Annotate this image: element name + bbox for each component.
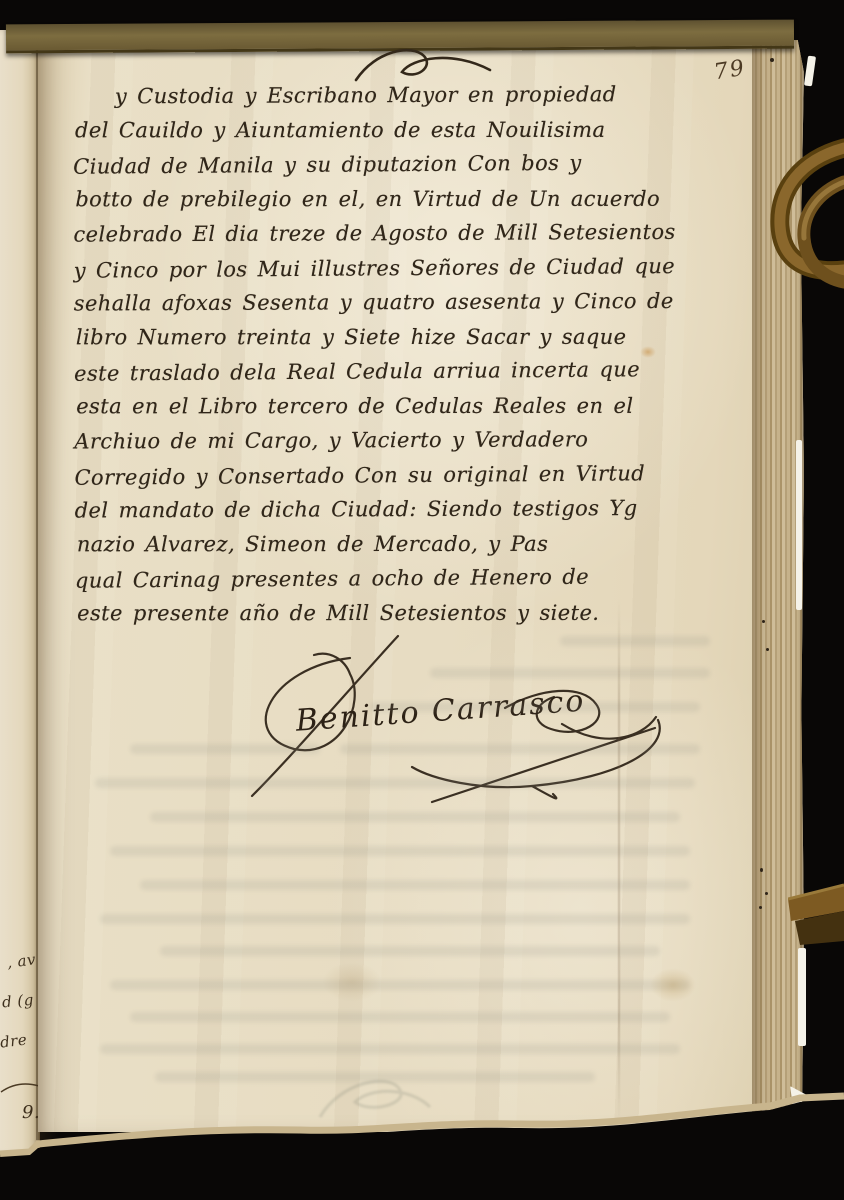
text-line: y Custodia y Escribano Mayor en propieda…: [73, 76, 763, 114]
text-line: sehalla afoxas Sesenta y quatro asesenta…: [74, 283, 764, 321]
text-line: este traslado dela Real Cedula arriua in…: [74, 351, 764, 391]
showthrough-line: [130, 744, 320, 754]
showthrough-line: [370, 702, 700, 712]
showthrough-line: [340, 744, 700, 754]
showthrough-line: [140, 880, 690, 890]
showthrough-line: [130, 1012, 670, 1022]
showthrough-line: [100, 1044, 680, 1054]
left-page-text-fragment: , av: [6, 950, 37, 971]
text-line: del Cauildo y Aiuntamiento de esta Nouil…: [75, 112, 765, 147]
text-line: del mandato de dicha Ciudad: Siendo test…: [75, 490, 765, 528]
text-line: nazio Alvarez, Simeon de Mercado, y Pas: [77, 526, 767, 561]
text-line: este presente año de Mill Setesientos y …: [77, 595, 767, 630]
text-line: Archiuo de mi Cargo, y Vacierto y Verdad…: [74, 421, 764, 459]
ink-speck: [759, 906, 762, 909]
text-line: celebrado El dia treze de Agosto de Mill…: [73, 214, 763, 252]
paper-sliver: [798, 948, 806, 1046]
leather-tie-upper: [756, 118, 844, 328]
text-line: Ciudad de Manila y su diputazion Con bos…: [73, 144, 763, 184]
previous-page-edge: , av d (g dre 9.: [0, 30, 40, 1154]
showthrough-line: [110, 980, 690, 990]
text-line: esta en el Libro tercero de Cedulas Real…: [76, 388, 766, 423]
leather-tie-lower: [788, 875, 844, 953]
showthrough-line: [95, 778, 695, 788]
text-line: qual Carinag presentes a ocho de Henero …: [75, 558, 765, 598]
ink-speck: [760, 868, 763, 872]
text-line: Corregido y Consertado Con su original e…: [74, 455, 764, 495]
manuscript-text-block: y Custodia y Escribano Mayor en propieda…: [73, 76, 765, 631]
text-line: botto de prebilegio en el, en Virtud de …: [75, 181, 765, 216]
manuscript-scan: , av d (g dre 9. 79 y: [0, 0, 844, 1200]
showthrough-line: [160, 946, 660, 956]
showthrough-line: [100, 914, 690, 924]
paper-sliver: [796, 440, 802, 610]
text-line: y Cinco por los Mui illustres Señores de…: [73, 248, 763, 288]
showthrough-line: [110, 846, 690, 856]
left-page-text-fragment: d (g: [1, 991, 34, 1012]
showthrough-line: [560, 636, 710, 646]
paper-sliver: [804, 56, 816, 87]
text-line: libro Numero treinta y Siete hize Sacar …: [76, 319, 766, 354]
ink-speck: [766, 648, 769, 651]
ink-speck: [765, 892, 768, 895]
showthrough-line: [150, 812, 680, 822]
showthrough-line: [430, 668, 710, 678]
fold-crease: [618, 600, 620, 1120]
page-bottom-edge: [0, 1080, 844, 1200]
ink-speck: [770, 58, 774, 62]
left-page-text-fragment: dre: [0, 1030, 28, 1051]
